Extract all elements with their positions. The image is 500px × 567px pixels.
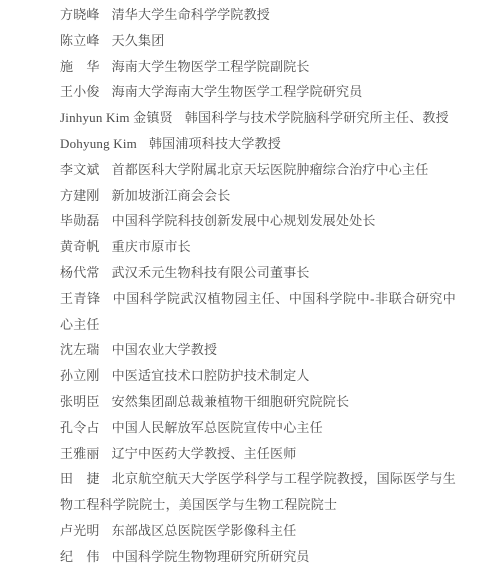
person-title: 重庆市原市长 bbox=[112, 239, 191, 254]
person-title: 中国农业大学教授 bbox=[112, 342, 218, 357]
person-name: 孙立刚 bbox=[60, 368, 100, 383]
list-item: 孙立刚中医适宜技术口腔防护技术制定人 bbox=[60, 363, 456, 389]
list-item: 陈立峰天久集团 bbox=[60, 28, 456, 54]
person-name: 杨代常 bbox=[60, 265, 100, 280]
list-item: 卢光明东部战区总医院医学影像科主任 bbox=[60, 518, 456, 544]
person-title: 中国科学院武汉植物园主任、中国科学院中-非联合研究中心主任 bbox=[60, 291, 456, 332]
list-item: 王雅丽辽宁中医药大学教授、主任医师 bbox=[60, 441, 456, 467]
list-item: Dohyung Kim韩国浦项科技大学教授 bbox=[60, 131, 456, 157]
person-name: 王青锋 bbox=[60, 291, 101, 306]
person-name: Jinhyun Kim 金镇贤 bbox=[60, 110, 173, 125]
list-item: Jinhyun Kim 金镇贤韩国科学与技术学院脑科学研究所主任、教授 bbox=[60, 105, 456, 131]
person-title: 中医适宜技术口腔防护技术制定人 bbox=[112, 368, 310, 383]
person-name: 毕勋磊 bbox=[60, 213, 100, 228]
person-name: 方晓峰 bbox=[60, 7, 100, 22]
person-title: 天久集团 bbox=[112, 33, 165, 48]
person-title: 北京航空航天大学医学科学与工程学院教授，国际医学与生物工程科学院院士，美国医学与… bbox=[60, 471, 456, 512]
person-name: 李文斌 bbox=[60, 162, 100, 177]
person-name: 王小俊 bbox=[60, 84, 100, 99]
list-item: 毕勋磊中国科学院科技创新发展中心规划发展处处长 bbox=[60, 208, 456, 234]
person-name: 张明臣 bbox=[60, 394, 100, 409]
person-name: 方建刚 bbox=[60, 188, 100, 203]
attendee-list: 方晓峰清华大学生命科学学院教授 陈立峰天久集团 施 华海南大学生物医学工程学院副… bbox=[60, 2, 456, 567]
list-item: 田 捷北京航空航天大学医学科学与工程学院教授，国际医学与生物工程科学院院士，美国… bbox=[60, 466, 456, 518]
person-title: 辽宁中医药大学教授、主任医师 bbox=[112, 446, 297, 461]
list-item: 方晓峰清华大学生命科学学院教授 bbox=[60, 2, 456, 28]
list-item: 杨代常武汉禾元生物科技有限公司董事长 bbox=[60, 260, 456, 286]
person-name: 纪 伟 bbox=[60, 549, 100, 564]
person-title: 东部战区总医院医学影像科主任 bbox=[112, 523, 297, 538]
person-title: 中国科学院科技创新发展中心规划发展处处长 bbox=[112, 213, 376, 228]
person-title: 武汉禾元生物科技有限公司董事长 bbox=[112, 265, 310, 280]
person-title: 韩国科学与技术学院脑科学研究所主任、教授 bbox=[185, 110, 449, 125]
person-name: Dohyung Kim bbox=[60, 136, 137, 151]
person-name: 卢光明 bbox=[60, 523, 100, 538]
person-name: 王雅丽 bbox=[60, 446, 100, 461]
list-item: 黄奇帆重庆市原市长 bbox=[60, 234, 456, 260]
list-item: 施 华海南大学生物医学工程学院副院长 bbox=[60, 54, 456, 80]
person-title: 韩国浦项科技大学教授 bbox=[149, 136, 281, 151]
person-name: 田 捷 bbox=[60, 471, 100, 486]
person-title: 清华大学生命科学学院教授 bbox=[112, 7, 270, 22]
document-page: 方晓峰清华大学生命科学学院教授 陈立峰天久集团 施 华海南大学生物医学工程学院副… bbox=[0, 0, 500, 567]
person-title: 中国科学院生物物理研究所研究员 bbox=[112, 549, 310, 564]
person-name: 孔令占 bbox=[60, 420, 100, 435]
list-item: 王小俊海南大学海南大学生物医学工程学院研究员 bbox=[60, 79, 456, 105]
list-item: 方建刚新加坡浙江商会会长 bbox=[60, 183, 456, 209]
person-title: 新加坡浙江商会会长 bbox=[112, 188, 231, 203]
person-name: 陈立峰 bbox=[60, 33, 100, 48]
list-item: 纪 伟中国科学院生物物理研究所研究员 bbox=[60, 544, 456, 567]
person-title: 海南大学海南大学生物医学工程学院研究员 bbox=[112, 84, 363, 99]
list-item: 孔令占中国人民解放军总医院宣传中心主任 bbox=[60, 415, 456, 441]
person-name: 沈左瑞 bbox=[60, 342, 100, 357]
person-title: 安然集团副总裁兼植物干细胞研究院院长 bbox=[112, 394, 350, 409]
person-title: 海南大学生物医学工程学院副院长 bbox=[112, 59, 310, 74]
person-title: 中国人民解放军总医院宣传中心主任 bbox=[112, 420, 323, 435]
list-item: 王青锋中国科学院武汉植物园主任、中国科学院中-非联合研究中心主任 bbox=[60, 286, 456, 338]
list-item: 李文斌首都医科大学附属北京天坛医院肿瘤综合治疗中心主任 bbox=[60, 157, 456, 183]
person-name: 黄奇帆 bbox=[60, 239, 100, 254]
list-item: 张明臣安然集团副总裁兼植物干细胞研究院院长 bbox=[60, 389, 456, 415]
list-item: 沈左瑞中国农业大学教授 bbox=[60, 337, 456, 363]
person-title: 首都医科大学附属北京天坛医院肿瘤综合治疗中心主任 bbox=[112, 162, 429, 177]
person-name: 施 华 bbox=[60, 59, 100, 74]
